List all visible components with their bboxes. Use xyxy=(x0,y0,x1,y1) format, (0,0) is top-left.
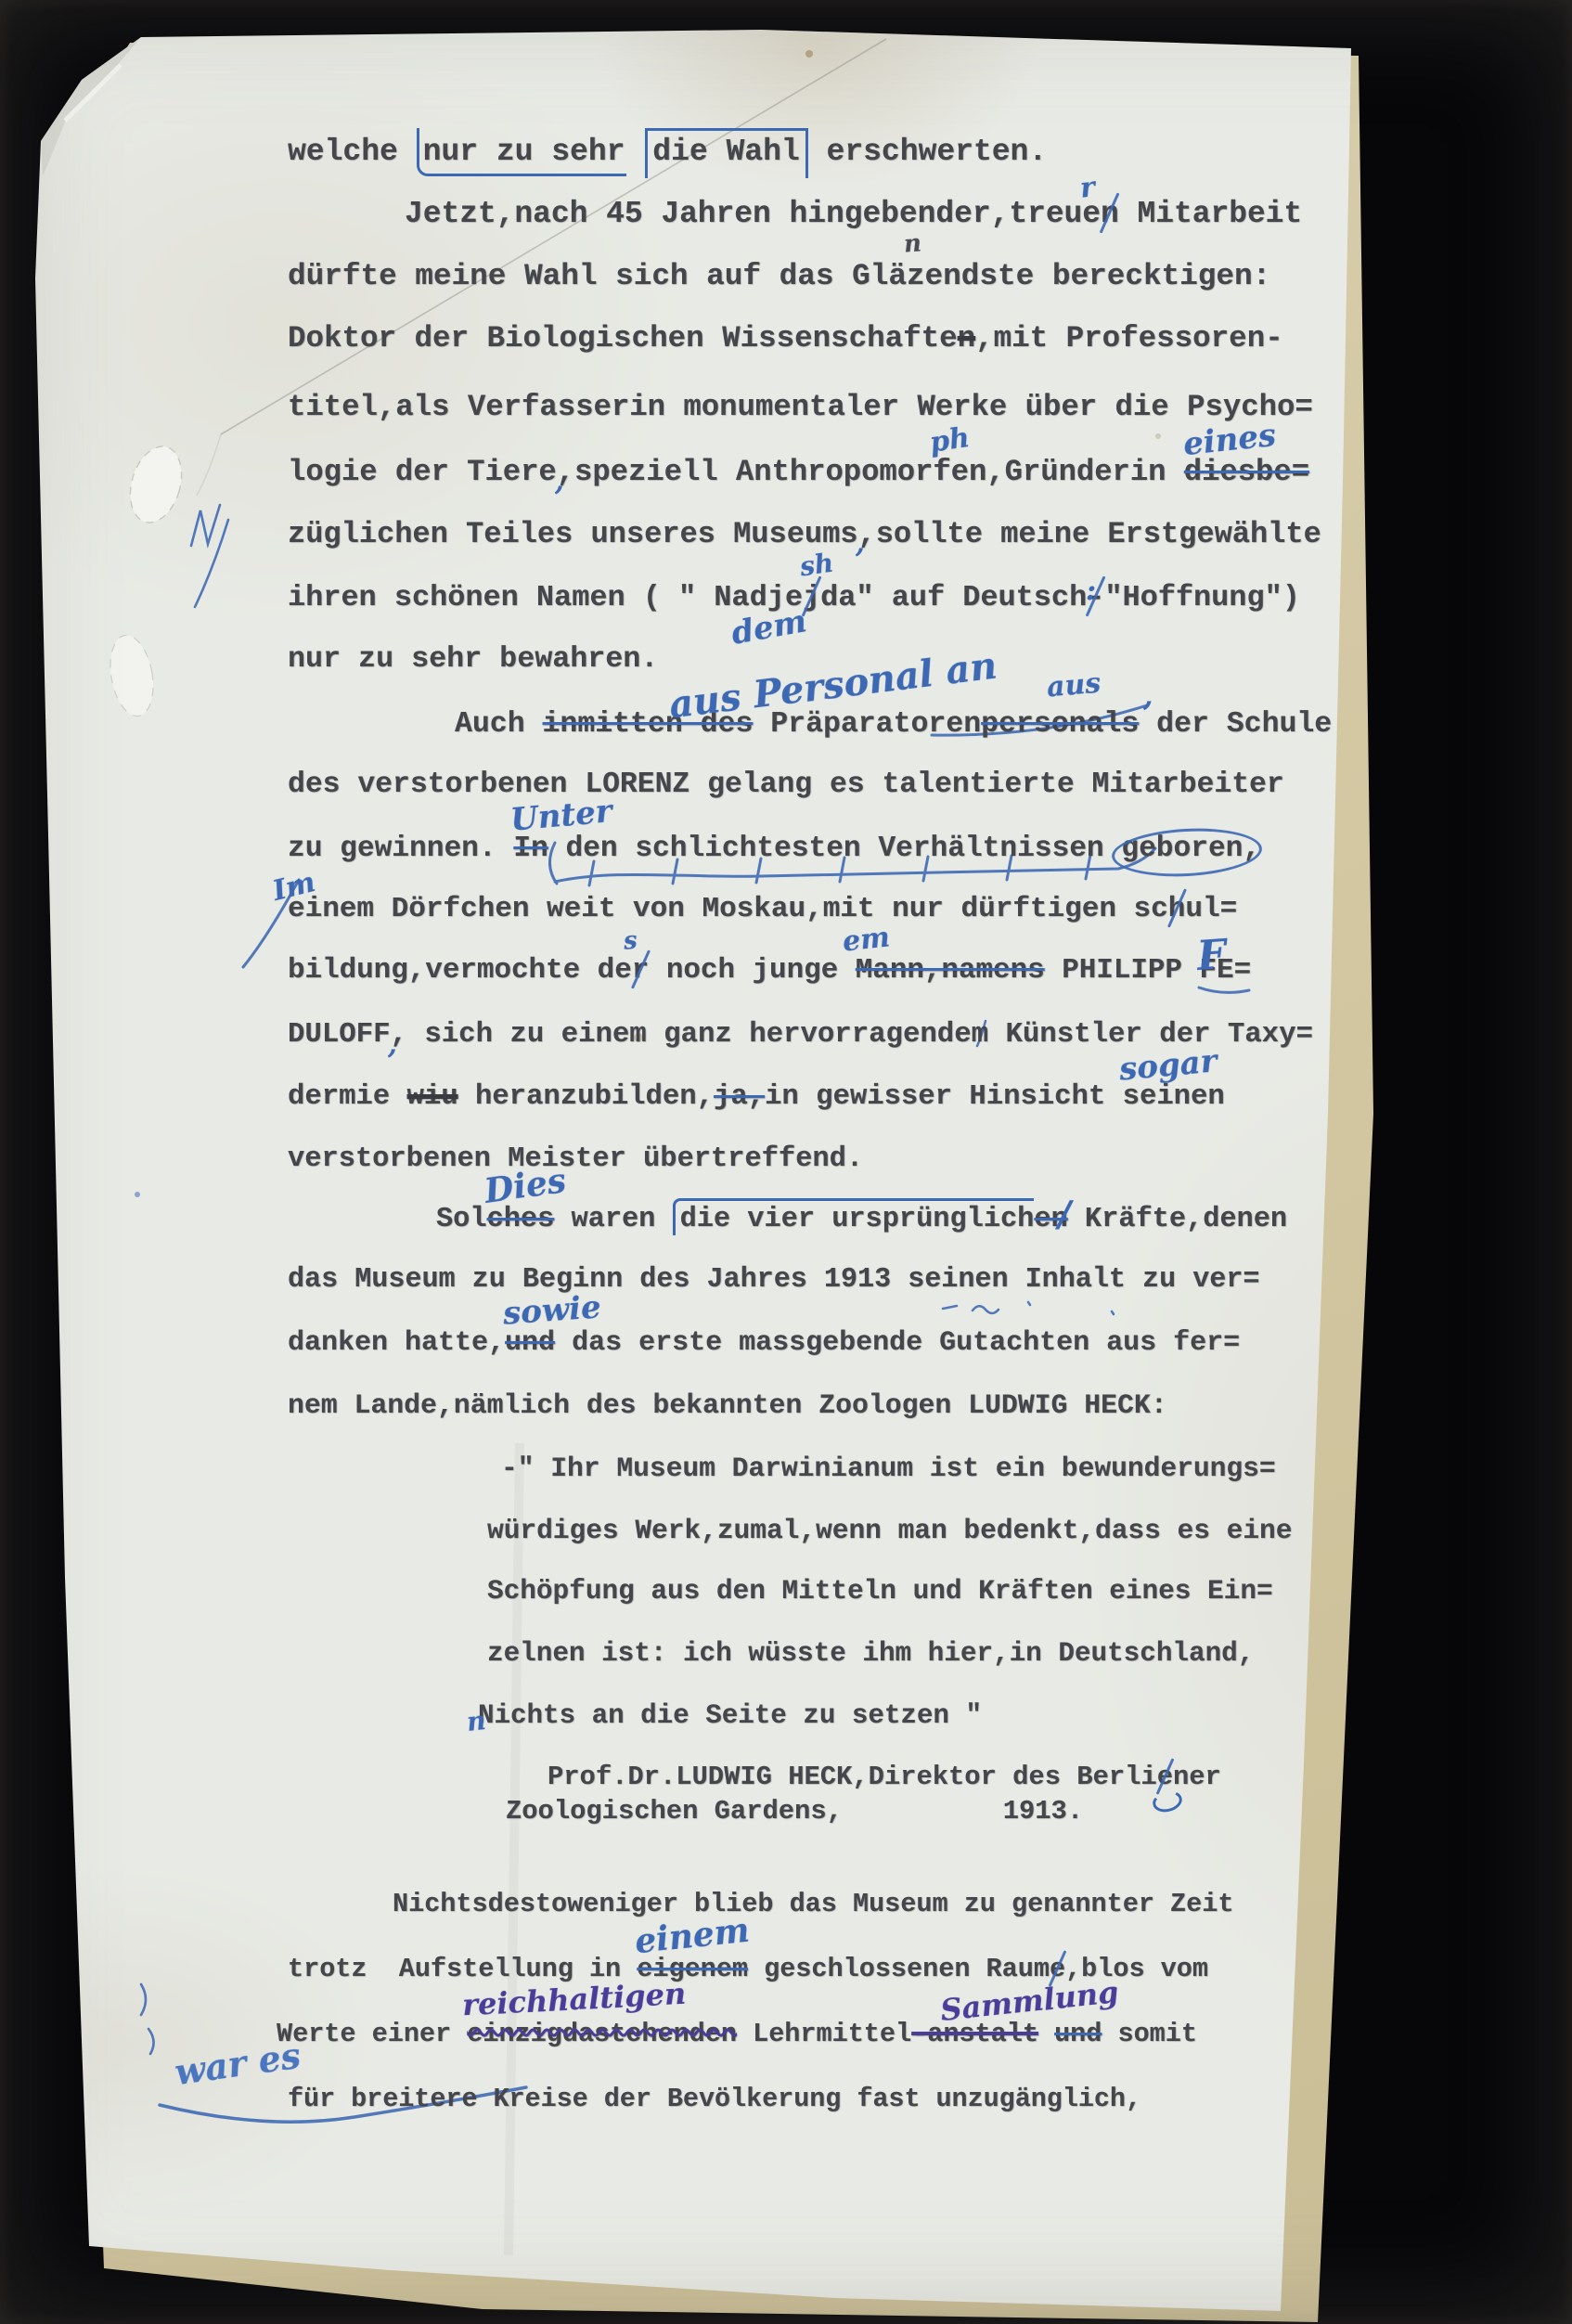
typed-line: Nichtsdestoweniger blieb das Museum zu g… xyxy=(393,1889,1233,1919)
slashed-char: n xyxy=(1101,197,1119,231)
typed-text: dermie xyxy=(288,1081,407,1113)
typed-text: Schöpfung aus den Mitteln und Kräften ei… xyxy=(487,1576,1273,1607)
typed-line: zelnen ist: ich wüsste ihm hier,in Deuts… xyxy=(487,1638,1254,1669)
typed-text: Lehrmittel xyxy=(737,2019,911,2049)
typed-text: das Museum zu Beginn des Jahres 1913 sei… xyxy=(288,1264,1259,1296)
typed-line: bildung,vermochte der noch junge Mann,na… xyxy=(288,954,1251,987)
handwritten-correction: sh xyxy=(798,548,835,583)
typed-line: einem Dörfchen weit von Moskau,mit nur d… xyxy=(288,893,1237,925)
typed-text: logie der Tiere,speziell Anthropomorfen,… xyxy=(288,455,1184,489)
typed-line: Zoologischen Gardens, 1913. xyxy=(506,1796,1083,1827)
typed-text: ,mit Professoren- xyxy=(975,321,1283,355)
gutachten-marks xyxy=(943,1302,1114,1314)
typed-text: Zoologischen Gardens, 1913. xyxy=(506,1796,1083,1827)
typed-text: da" auf Deutsch xyxy=(820,580,1087,614)
typed-line: Prof.Dr.LUDWIG HECK,Direktor des Berlien… xyxy=(548,1762,1221,1792)
typed-text: Mitarbeit xyxy=(1119,197,1302,231)
typed-text: das erste massgebende Gutachten aus fer= xyxy=(555,1327,1240,1359)
typed-text: ,sollte meine Erstgewählte xyxy=(858,517,1321,551)
typed-line: zu gewinnen. In den schlichtesten Verhäl… xyxy=(288,833,1260,865)
typed-line: -" Ihr Museum Darwinianum ist ein bewund… xyxy=(501,1452,1276,1484)
overstruck-char: wiu xyxy=(407,1081,458,1113)
typed-line: Nichts an die Seite zu setzen "n xyxy=(478,1700,982,1731)
typed-text: Nichts an die Seite zu setzen " xyxy=(478,1700,982,1731)
typed-text: zu gewinnen. xyxy=(288,833,513,865)
typed-text: Prof.Dr.LUDWIG HECK,Direktor des Berli xyxy=(548,1762,1157,1792)
typed-text: Jetzt,nach 45 Jahren hingebender,treue xyxy=(405,197,1101,231)
typed-line: würdiges Werk,zumal,wenn man bedenkt,das… xyxy=(487,1515,1292,1546)
typed-line: titel,als Verfasserin monumentaler Werke… xyxy=(288,390,1313,424)
handwritten-correction: F xyxy=(1195,931,1228,980)
typed-text: Doktor der Biologischen Wissenschafte xyxy=(288,321,958,355)
typed-text: in gewisser Hinsicht xyxy=(765,1081,1123,1113)
typed-text: zelnen ist: ich wüsste ihm hier,in Deuts… xyxy=(487,1638,1254,1669)
typed-text: ihren schönen Namen ( " Nadje xyxy=(288,580,803,614)
struck-word: Mann,namens xyxy=(856,954,1045,987)
struck-word: ja, xyxy=(714,1081,765,1113)
typed-line: Werte einer einzigdastehenden Lehrmittel… xyxy=(277,2019,1197,2049)
typed-text: noch junge xyxy=(649,954,855,987)
typed-text: trotz Aufstellung in xyxy=(288,1954,637,1984)
typed-text: Werte einer xyxy=(277,2019,467,2049)
handwritten-correction: , xyxy=(555,466,564,497)
handwritten-correction: : xyxy=(1086,575,1096,607)
struck-word: und xyxy=(1054,2019,1102,2049)
handwritten-correction: ph xyxy=(928,421,972,459)
typed-text: geschlossenen Raum xyxy=(748,1954,1050,1984)
handwritten-correction: n xyxy=(465,1705,487,1737)
handwritten-correction: em xyxy=(841,921,891,958)
typed-line: logie der Tiere,speziell Anthropomorfen,… xyxy=(288,455,1309,489)
slashed-char: j xyxy=(803,580,820,614)
typed-text: waren xyxy=(554,1204,672,1235)
typed-text: ul= xyxy=(1185,893,1237,925)
slashed-char: h xyxy=(1168,893,1186,925)
typed-line: Jetzt,nach 45 Jahren hingebender,treuen … xyxy=(405,197,1302,231)
typed-text: ner xyxy=(1173,1762,1221,1792)
typed-line: Auch inmitten des Präparatorenpersonals … xyxy=(455,708,1332,741)
handwritten-correction: ∕ xyxy=(1058,1193,1071,1234)
typed-text: verstorbenen Meister übertreffend. xyxy=(288,1143,863,1175)
typed-text: nem Lande,nämlich des bekannten Zoologen… xyxy=(288,1389,1167,1421)
typed-text: Sol xyxy=(436,1204,487,1235)
overstruck-char: n xyxy=(958,321,976,355)
typed-line: Doktor der Biologischen Wissenschaften,m… xyxy=(288,321,1283,355)
fe-underline xyxy=(1199,988,1249,992)
circled-word: geboren, xyxy=(1121,833,1260,865)
slashed-char: r xyxy=(632,954,650,987)
typed-text: danken hatte, xyxy=(288,1327,505,1359)
handwritten-correction: n xyxy=(903,229,922,258)
typed-line: nur zu sehr bewahren.dem xyxy=(288,642,658,676)
struck-word-wavy: einzigdastehenden xyxy=(467,2019,737,2049)
handwritten-correction: sowie xyxy=(502,1288,602,1332)
typed-text xyxy=(1038,2019,1054,2049)
blue-ink-marks xyxy=(135,505,1249,2122)
typed-line: dermie wiu heranzubilden,ja,in gewisser … xyxy=(288,1081,1225,1113)
typed-text: Nichtsdestoweniger blieb das Museum zu g… xyxy=(393,1889,1233,1919)
typed-text: Präparatoren xyxy=(753,708,981,741)
typed-line: züglichen Teiles unseres Museums,sollte … xyxy=(288,517,1321,551)
handwritten-correction: , xyxy=(856,528,865,559)
typed-text: titel,als Verfasserin monumentaler Werke… xyxy=(288,390,1313,424)
typed-text: "Hoffnung") xyxy=(1104,580,1300,614)
typed-text: welche xyxy=(288,135,417,169)
typed-text xyxy=(626,135,645,169)
typed-line: dürfte meine Wahl sich auf das Gläzendst… xyxy=(288,259,1270,293)
handwritten-correction: , xyxy=(388,1029,397,1060)
typed-text: einem Dörfchen weit von Moskau,mit nur d… xyxy=(288,893,1168,925)
typed-line: welche nur zu sehr die Wahl erschwerten. xyxy=(288,135,1047,169)
typed-text: würdiges Werk,zumal,wenn man bedenkt,das… xyxy=(487,1515,1292,1546)
typed-line: danken hatte,und das erste massgebende G… xyxy=(288,1327,1240,1359)
typed-text: erschwerten. xyxy=(808,135,1047,169)
damage-spots xyxy=(105,440,190,719)
typed-text: heranzubilden, xyxy=(458,1081,714,1113)
typed-text: -" Ihr Museum Darwinianum ist ein bewund… xyxy=(501,1452,1276,1484)
struck-word: und xyxy=(505,1327,555,1359)
margin-doodle xyxy=(191,505,228,607)
boxed-phrase: die Wahl xyxy=(645,128,807,178)
typed-text: bildung,vermochte de xyxy=(288,954,632,987)
typed-line: Schöpfung aus den Mitteln und Kräften ei… xyxy=(487,1576,1273,1607)
typed-text: somit xyxy=(1102,2019,1197,2049)
typed-text: nur zu sehr bewahren. xyxy=(288,642,658,676)
torn-corner xyxy=(37,37,141,176)
typed-text: DULOFF, sich zu einem ganz hervorragende… xyxy=(288,1018,1313,1051)
typed-text: züglichen Teiles unseres Museums xyxy=(288,517,858,551)
handwritten-correction: aus xyxy=(1046,667,1102,704)
struck-word: personals xyxy=(981,708,1139,741)
typed-line: verstorbenen Meister übertreffend. xyxy=(288,1143,863,1175)
typed-line: des verstorbenen LORENZ gelang es talent… xyxy=(288,768,1284,801)
typed-line: nem Lande,nämlich des bekannten Zoologen… xyxy=(288,1389,1167,1421)
margin-marks-bottom xyxy=(141,1984,154,2054)
handwritten-correction: s xyxy=(623,926,638,955)
scanned-document-photo: welche nur zu sehr die Wahl erschwerten.… xyxy=(0,0,1572,2324)
typed-text: zendste berecktigen: xyxy=(907,259,1270,293)
fold-shadow xyxy=(509,1443,520,2255)
margin-dot xyxy=(135,1192,140,1197)
typed-text: Auch xyxy=(455,708,543,741)
handwritten-correction: , xyxy=(1143,680,1153,713)
bracketed-phrase: die vier ursprünglich xyxy=(673,1198,1035,1235)
typed-text: des verstorbenen LORENZ gelang es talent… xyxy=(288,768,1284,801)
typed-text: der Schule xyxy=(1139,708,1332,741)
typed-line: DULOFF, sich zu einem ganz hervorragende… xyxy=(288,1018,1313,1051)
page-number: 85 xyxy=(1435,135,1488,185)
handwritten-correction: r xyxy=(1078,171,1096,204)
slashed-char: e xyxy=(1157,1762,1173,1792)
typed-text: dürfte meine Wahl sich auf das Glä xyxy=(288,259,907,293)
typed-text: Kräfte,denen xyxy=(1068,1204,1287,1235)
typed-line: das Museum zu Beginn des Jahres 1913 sei… xyxy=(288,1264,1259,1296)
transposed-phrase: nur zu sehr xyxy=(417,128,627,176)
typed-text: für breitere Kreise der Bevölkerung fast… xyxy=(288,2084,1141,2114)
typed-text: den schlichtesten Verhältnissen xyxy=(548,833,1122,865)
typed-line: Solches waren die vier ursprünglichen Kr… xyxy=(436,1204,1287,1235)
handwritten-correction: war es xyxy=(173,2034,303,2094)
typed-line: für breitere Kreise der Bevölkerung fast… xyxy=(288,2084,1141,2114)
